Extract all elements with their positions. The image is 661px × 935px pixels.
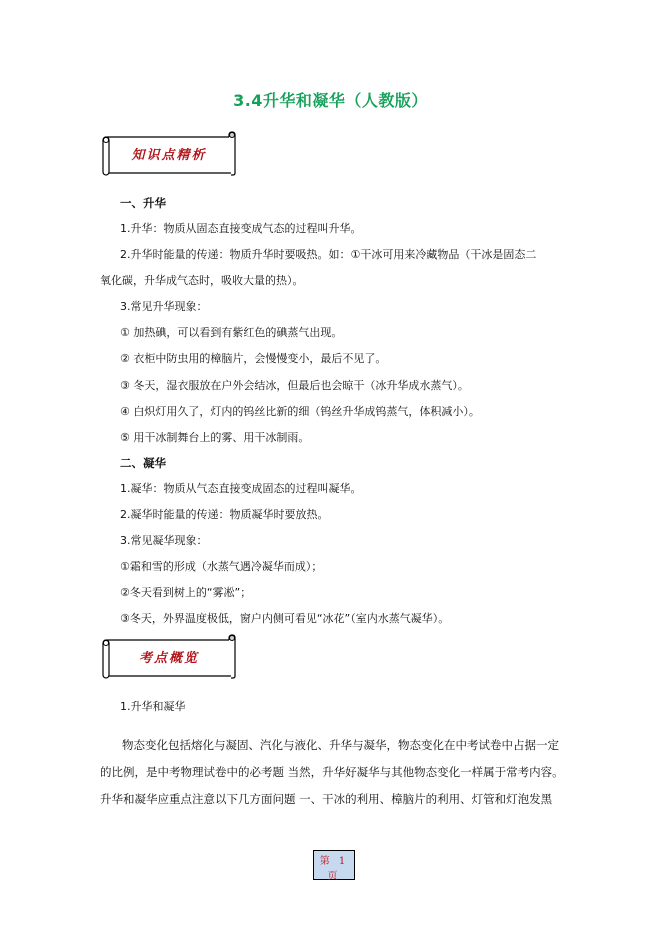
text-line: 2.升华时能量的传递：物质升华时要吸热。如：①干冰可用来冷藏物品（干冰是固态二 (120, 248, 536, 262)
list-item: ④ 白炽灯用久了，灯内的钨丝比新的细（钨丝升华成钨蒸气，体积减小）。 (120, 405, 480, 419)
page-number-box: 第 1 页 (313, 850, 355, 880)
subheading: 1.升华和凝华 (120, 700, 186, 714)
page-number: 第 1 页 (314, 852, 354, 882)
list-item: ② 衣柜中防虫用的樟脑片，会慢慢变小，最后不见了。 (120, 352, 386, 366)
text-line: 氧化碳，升华成气态时，吸收大量的热）。 (100, 274, 304, 288)
document-page: 3.4升华和凝华（人教版） 知识点精析 一、升华 1.升华：物质从固态直接变成气… (0, 0, 661, 935)
banner-label: 知识点精析 (99, 144, 239, 163)
paragraph-line: 升华和凝华应重点注意以下几方面问题 一、干冰的利用、樟脑片的利用、灯管和灯泡发黑 (100, 792, 552, 806)
list-item: ⑤ 用干冰制舞台上的雾、用干冰制雨。 (120, 431, 309, 445)
section-heading: 二、凝华 (120, 456, 166, 470)
list-item: ③冬天，外界温度极低，窗户内侧可看见“冰花”（室内水蒸气凝华）。 (120, 612, 449, 626)
section-banner-knowledge: 知识点精析 (99, 131, 239, 177)
document-title: 3.4升华和凝华（人教版） (0, 88, 661, 111)
list-item: ① 加热碘，可以看到有紫红色的碘蒸气出现。 (120, 326, 342, 340)
list-item: ①霜和雪的形成（水蒸气遇冷凝华而成）； (120, 560, 322, 574)
list-item: ②冬天看到树上的“雾凇”； (120, 586, 251, 600)
banner-label: 考点概览 (99, 647, 239, 666)
text-line: 3.常见凝华现象： (120, 534, 208, 548)
text-line: 1.升华：物质从固态直接变成气态的过程叫升华。 (120, 222, 362, 236)
text-line: 2.凝华时能量的传递：物质凝华时要放热。 (120, 508, 329, 522)
text-line: 3.常见升华现象： (120, 300, 208, 314)
paragraph-line: 物态变化包括熔化与凝固、汽化与液化、升华与凝华，物态变化在中考试卷中占据一定 (122, 738, 559, 752)
list-item: ③ 冬天，湿衣服放在户外会结冰，但最后也会晾干（冰升华成水蒸气）。 (120, 379, 469, 393)
paragraph-line: 的比例，是中考物理试卷中的必考题 当然，升华好凝华与其他物态变化一样属于常考内容… (100, 765, 564, 779)
text-line: 1.凝华：物质从气态直接变成固态的过程叫凝华。 (120, 482, 362, 496)
section-banner-exam-overview: 考点概览 (99, 634, 239, 680)
section-heading: 一、升华 (120, 196, 166, 210)
